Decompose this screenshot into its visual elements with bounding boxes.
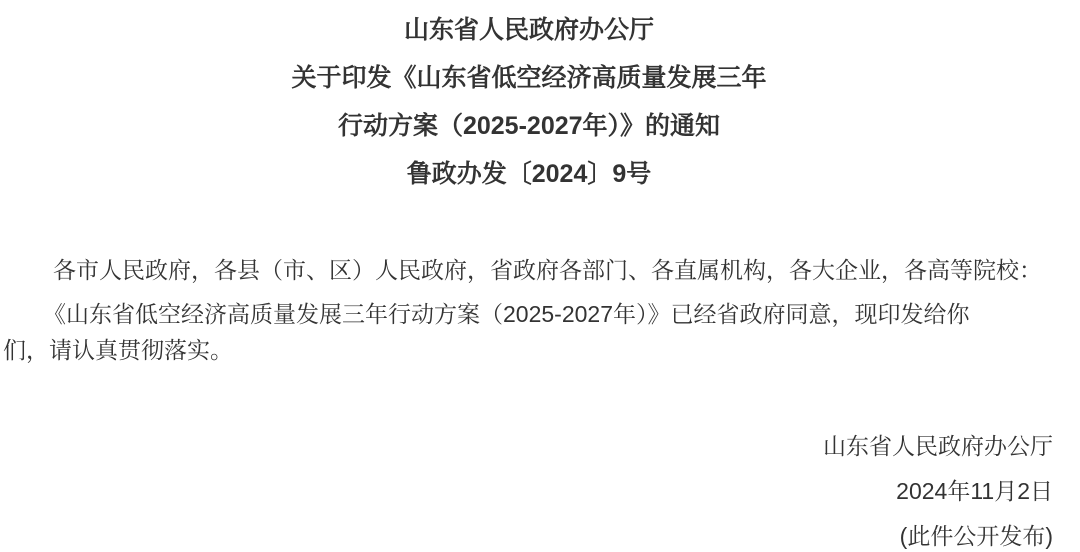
- signature-issuer: 山东省人民政府办公厅: [3, 424, 1055, 469]
- notice-document: 山东省人民政府办公厅 关于印发《山东省低空经济高质量发展三年 行动方案（2025…: [3, 0, 1055, 552]
- title-line-issuer: 山东省人民政府办公厅: [3, 6, 1055, 54]
- title-line-subject-2: 行动方案（2025-2027年）》的通知: [3, 102, 1055, 150]
- title-line-document-number: 鲁政办发〔2024〕9号: [3, 150, 1055, 198]
- document-title: 山东省人民政府办公厅 关于印发《山东省低空经济高质量发展三年 行动方案（2025…: [3, 6, 1055, 198]
- signature-block: 山东省人民政府办公厅 2024年11月2日 (此件公开发布): [3, 424, 1055, 552]
- salutation-paragraph: 各市人民政府，各县（市、区）人民政府，省政府各部门、各直属机构，各大企业，各高等…: [3, 252, 1055, 288]
- signature-date: 2024年11月2日: [3, 469, 1055, 514]
- signature-release-note: (此件公开发布): [3, 514, 1055, 552]
- title-line-subject-1: 关于印发《山东省低空经济高质量发展三年: [3, 54, 1055, 102]
- document-body: 各市人民政府，各县（市、区）人民政府，省政府各部门、各直属机构，各大企业，各高等…: [3, 252, 1055, 368]
- main-paragraph: 《山东省低空经济高质量发展三年行动方案（2025-2027年）》已经省政府同意，…: [3, 296, 1055, 368]
